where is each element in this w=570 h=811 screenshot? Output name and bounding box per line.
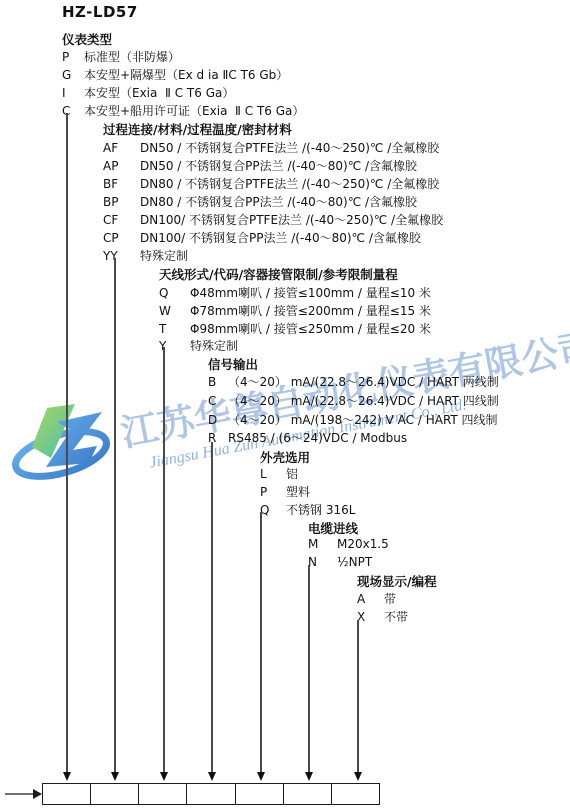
option-code: CP xyxy=(103,231,140,245)
option-code: Y xyxy=(159,339,190,353)
option-desc: Φ48mm喇叭 / 接管≤100mm / 量程≤10 米 xyxy=(190,286,431,300)
option-code: BF xyxy=(103,177,140,191)
option-row: QΦ48mm喇叭 / 接管≤100mm / 量程≤10 米 xyxy=(159,284,431,301)
option-desc: DN100/ 不锈钢复合PTFE法兰 /(-40～250)℃ /全氟橡胶 xyxy=(140,213,443,227)
option-desc: （4～20） mA/(198～242) V AC / HART 四线制 xyxy=(228,413,498,427)
option-row: I本安型（Exia Ⅱ C T6 Ga） xyxy=(62,84,234,101)
option-desc: DN50 / 不锈钢复合PTFE法兰 /(-40～250)℃ /全氟橡胶 xyxy=(140,141,439,155)
section-heading-instrument-type: 仪表类型 xyxy=(62,30,112,48)
option-row: D（4～20） mA/(198～242) V AC / HART 四线制 xyxy=(208,411,498,428)
option-row: L铝 xyxy=(260,465,298,482)
option-code: P xyxy=(62,50,84,64)
option-row: MM20x1.5 xyxy=(308,537,389,551)
option-tree: HZ-LD57 仪表类型 P标准型（非防爆） G本安型+隔爆型（Ex d ia … xyxy=(0,0,570,811)
option-row: N½NPT xyxy=(308,555,372,569)
option-row: C（4～20） mA/(22.8～26.4)VDC / HART 四线制 xyxy=(208,392,499,409)
option-desc: DN50 / 不锈钢复合PP法兰 /(-40～80)℃ /含氟橡胶 xyxy=(140,159,417,173)
section-heading-local-display: 现场显示/编程 xyxy=(357,572,437,590)
option-row: BPDN80 / 不锈钢复合PP法兰 /(-40～80)℃ /含氟橡胶 xyxy=(103,193,417,210)
option-code: CF xyxy=(103,213,140,227)
option-desc: （4～20） mA/(22.8～26.4)VDC / HART 两线制 xyxy=(228,375,499,389)
option-row: YY特殊定制 xyxy=(103,247,188,264)
option-code: I xyxy=(62,86,84,100)
section-heading-signal-output: 信号输出 xyxy=(208,355,258,373)
option-code: AP xyxy=(103,159,140,173)
option-desc: 特殊定制 xyxy=(140,249,188,263)
option-row: WΦ78mm喇叭 / 接管≤200mm / 量程≤15 米 xyxy=(159,302,431,319)
option-code: G xyxy=(62,68,84,82)
option-row: X不带 xyxy=(357,608,408,625)
option-code: D xyxy=(208,413,228,427)
option-row: TΦ98mm喇叭 / 接管≤250mm / 量程≤20 米 xyxy=(159,320,431,337)
option-desc: DN80 / 不锈钢复合PTFE法兰 /(-40～250)℃ /全氟橡胶 xyxy=(140,177,439,191)
option-code: N xyxy=(308,555,337,569)
option-code: T xyxy=(159,322,190,336)
option-code: AF xyxy=(103,141,140,155)
section-heading-cable-entry: 电缆进线 xyxy=(308,519,358,537)
option-desc: DN100/ 不锈钢复合PP法兰 /(-40～80)℃ /含氟橡胶 xyxy=(140,231,421,245)
option-code: B xyxy=(208,375,228,389)
option-code: BP xyxy=(103,195,140,209)
option-desc: DN80 / 不锈钢复合PP法兰 /(-40～80)℃ /含氟橡胶 xyxy=(140,195,417,209)
option-desc: 不锈钢 316L xyxy=(286,503,355,517)
option-desc: Φ98mm喇叭 / 接管≤250mm / 量程≤20 米 xyxy=(190,322,431,336)
option-row: A带 xyxy=(357,590,396,607)
option-code: X xyxy=(357,610,384,624)
option-code: R xyxy=(208,431,228,445)
option-code: L xyxy=(260,467,286,481)
option-desc: 塑料 xyxy=(286,485,310,499)
option-row: Q不锈钢 316L xyxy=(260,501,355,518)
option-desc: M20x1.5 xyxy=(337,537,389,551)
option-row: B（4～20） mA/(22.8～26.4)VDC / HART 两线制 xyxy=(208,373,499,390)
option-desc: Φ78mm喇叭 / 接管≤200mm / 量程≤15 米 xyxy=(190,304,431,318)
ordering-code-sheet: 江苏华尊自动化仪表有限公司 Jiangsu Hua Zun Automation… xyxy=(0,0,570,811)
option-row: CFDN100/ 不锈钢复合PTFE法兰 /(-40～250)℃ /全氟橡胶 xyxy=(103,211,443,228)
option-code: P xyxy=(260,485,286,499)
section-heading-antenna: 天线形式/代码/容器接管限制/参考限制量程 xyxy=(159,265,398,283)
option-code: A xyxy=(357,592,384,606)
option-row: G本安型+隔爆型（Ex d ia ⅡC T6 Gb） xyxy=(62,66,288,83)
option-row: C本安型+船用许可证（Exia Ⅱ C T6 Ga） xyxy=(62,102,304,119)
option-code: M xyxy=(308,537,337,551)
option-desc: 本安型+船用许可证（Exia Ⅱ C T6 Ga） xyxy=(84,104,304,118)
option-row: Y特殊定制 xyxy=(159,337,238,354)
option-row: P塑料 xyxy=(260,483,310,500)
option-desc: 不带 xyxy=(384,610,408,624)
section-heading-housing: 外壳选用 xyxy=(260,448,310,466)
option-row: APDN50 / 不锈钢复合PP法兰 /(-40～80)℃ /含氟橡胶 xyxy=(103,157,417,174)
option-desc: 标准型（非防爆） xyxy=(84,50,180,64)
option-desc: 铝 xyxy=(286,467,298,481)
option-code: C xyxy=(62,104,84,118)
option-code: C xyxy=(208,394,228,408)
option-desc: （4～20） mA/(22.8～26.4)VDC / HART 四线制 xyxy=(228,394,499,408)
option-row: BFDN80 / 不锈钢复合PTFE法兰 /(-40～250)℃ /全氟橡胶 xyxy=(103,175,439,192)
option-code: YY xyxy=(103,249,140,263)
option-row: RRS485 / (6～24)VDC / Modbus xyxy=(208,429,407,446)
option-desc: 特殊定制 xyxy=(190,339,238,353)
option-code: Q xyxy=(260,503,286,517)
option-code: Q xyxy=(159,286,190,300)
option-row: P标准型（非防爆） xyxy=(62,48,180,65)
option-desc: 本安型（Exia Ⅱ C T6 Ga） xyxy=(84,86,234,100)
option-code: W xyxy=(159,304,190,318)
section-heading-process-connection: 过程连接/材料/过程温度/密封材料 xyxy=(103,120,292,138)
option-row: CPDN100/ 不锈钢复合PP法兰 /(-40～80)℃ /含氟橡胶 xyxy=(103,229,421,246)
option-desc: 本安型+隔爆型（Ex d ia ⅡC T6 Gb） xyxy=(84,68,288,82)
option-desc: 带 xyxy=(384,592,396,606)
model-title: HZ-LD57 xyxy=(62,3,138,21)
option-desc: RS485 / (6～24)VDC / Modbus xyxy=(228,431,407,445)
option-desc: ½NPT xyxy=(337,555,372,569)
option-row: AFDN50 / 不锈钢复合PTFE法兰 /(-40～250)℃ /全氟橡胶 xyxy=(103,139,439,156)
